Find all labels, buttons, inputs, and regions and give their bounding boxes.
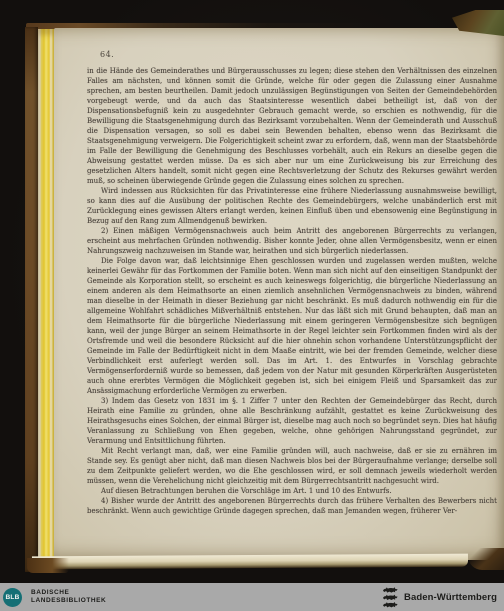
scanned-book-photo: 64. in die Hände des Gemeinderathes und … bbox=[0, 0, 504, 583]
paragraph: 3) Indem das Gesetz von 1831 im §. 1 Zif… bbox=[87, 396, 497, 446]
library-name: BADISCHE LANDESBIBLIOTHEK bbox=[31, 589, 106, 605]
book-page: 64. in die Hände des Gemeinderathes und … bbox=[54, 28, 504, 560]
page-text-block: in die Hände des Gemeinderathes und Bürg… bbox=[87, 66, 497, 516]
book-cover-corner-bottom-left bbox=[27, 558, 69, 573]
blb-logo-text: BLB bbox=[6, 594, 20, 601]
blb-logo-icon: BLB bbox=[3, 588, 22, 607]
state-branding: Baden-Württemberg bbox=[382, 586, 504, 608]
paragraph: 4) Bisher wurde der Antritt des angebore… bbox=[87, 496, 497, 516]
library-footer-bar: BLB BADISCHE LANDESBIBLIOTHEK Baden-Würt… bbox=[0, 583, 504, 611]
paragraph: Auf diesen Betrachtungen beruhen die Vor… bbox=[87, 486, 497, 496]
state-name: Baden-Württemberg bbox=[404, 592, 497, 603]
paragraph: in die Hände des Gemeinderathes und Bürg… bbox=[87, 66, 497, 186]
page-block-bottom-edge bbox=[32, 554, 468, 570]
paragraph: 2) Einen mäßigen Vermögensnachweis auch … bbox=[87, 226, 497, 256]
baden-wuerttemberg-lions-icon bbox=[382, 586, 398, 608]
paragraph: Wird indessen aus Rücksichten für das Pr… bbox=[87, 186, 497, 226]
paragraph: Mit Recht verlangt man, daß, wer eine Fa… bbox=[87, 446, 497, 486]
page-block-fore-edge bbox=[38, 29, 55, 566]
library-branding: BLB BADISCHE LANDESBIBLIOTHEK bbox=[0, 588, 106, 607]
book-spine-edge bbox=[25, 27, 38, 572]
page-number: 64. bbox=[100, 50, 114, 59]
library-name-line2: LANDESBIBLIOTHEK bbox=[31, 597, 106, 605]
book-cover-corner-bottom-right bbox=[468, 548, 504, 570]
library-name-line1: BADISCHE bbox=[31, 589, 106, 597]
paragraph: Die Folge davon war, daß leichtsinnige E… bbox=[87, 256, 497, 396]
